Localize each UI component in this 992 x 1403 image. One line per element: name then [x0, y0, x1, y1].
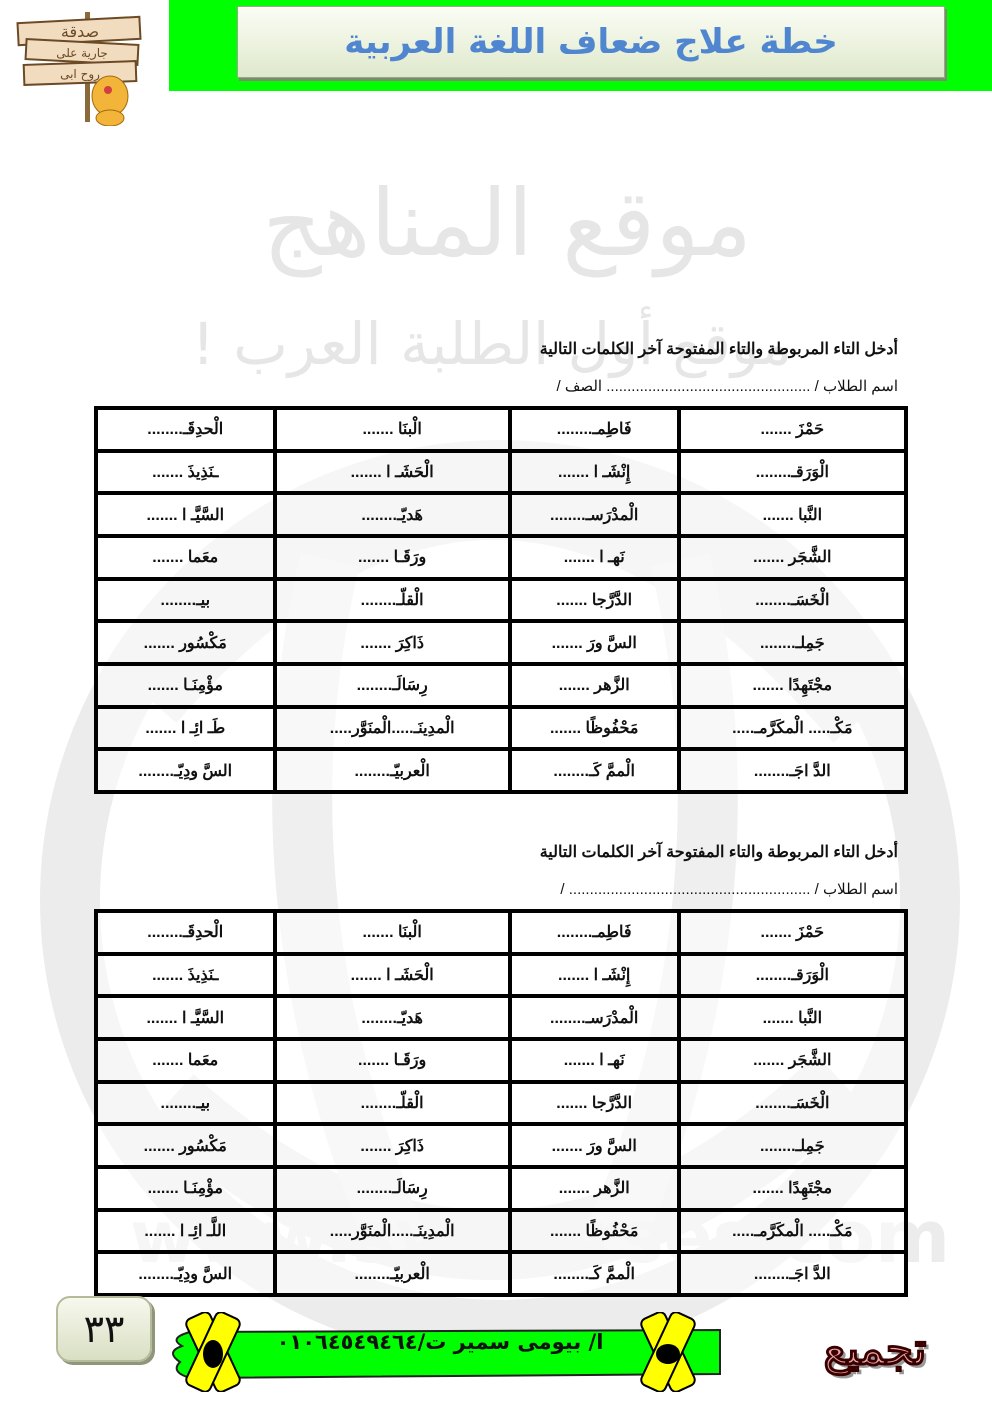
table-row: النَّبا ....... الْمدْرَسـ........ هَديّ…: [96, 996, 906, 1039]
compiled-by-signature: تجميع وتنسيق: [765, 1305, 985, 1395]
table-row: الْخَسَـ........ الدَّرَّجا ....... الْق…: [96, 1082, 906, 1125]
page-title: خطة علاج ضعاف اللغة العربية: [344, 22, 838, 62]
table-row: مجْتَهِدًا ....... الزَّهر ....... رِسَا…: [96, 1167, 906, 1210]
page-number-box: ٣٣: [56, 1296, 152, 1362]
word-cell[interactable]: الْممَّ كَـ........: [510, 1252, 679, 1295]
table-row: الْوَرَقـ........ إِنْشَـ ا ....... الْح…: [96, 954, 906, 997]
word-cell[interactable]: الْقلّـ........: [275, 579, 510, 622]
word-cell[interactable]: مجْتَهِدًا .......: [679, 664, 906, 707]
word-cell[interactable]: حَمْزَ .......: [679, 911, 906, 954]
word-cell[interactable]: السَّيَّـ ا .......: [96, 493, 275, 536]
word-cell[interactable]: حَمْزَ .......: [679, 408, 906, 451]
page-number: ٣٣: [84, 1307, 125, 1351]
word-cell[interactable]: الْمدْرَسـ........: [510, 493, 679, 536]
word-cell[interactable]: مَحْفُوظًا .......: [510, 707, 679, 750]
word-cell[interactable]: الْمدِينَـ.....الْمنَوَّر.....: [275, 707, 510, 750]
word-cell[interactable]: مؤْمِنَـا .......: [96, 664, 275, 707]
word-cell[interactable]: النَّبا .......: [679, 996, 906, 1039]
word-cell[interactable]: رِسَالَـ........: [275, 664, 510, 707]
word-cell[interactable]: السَّ ودِيّـ........: [96, 749, 275, 792]
table-row: النَّبا ....... الْمدْرَسـ........ هَديّ…: [96, 493, 906, 536]
student-name-label: اسم الطلاب /: [815, 881, 898, 898]
word-cell[interactable]: الْبنَا .......: [275, 911, 510, 954]
table-row: الشَّجَر ....... نَهـ ا ....... ورَقَـا …: [96, 536, 906, 579]
word-cell[interactable]: مجْتَهِدًا .......: [679, 1167, 906, 1210]
word-cell[interactable]: السَّ ورَ .......: [510, 1124, 679, 1167]
word-cell[interactable]: مؤْمِنَـا .......: [96, 1167, 275, 1210]
word-cell[interactable]: فَاطِمـ........: [510, 911, 679, 954]
student-name-label: اسم الطلاب /: [815, 378, 898, 395]
word-cell[interactable]: ذَاكِرَ .......: [275, 1124, 510, 1167]
word-cell[interactable]: ذَاكِرَ .......: [275, 621, 510, 664]
word-cell[interactable]: رِسَالَـ........: [275, 1167, 510, 1210]
word-cell[interactable]: طَـ ائِـ ا .......: [96, 707, 275, 750]
svg-text:جارية على: جارية على: [56, 46, 108, 61]
word-cell[interactable]: الْحَشَـ ا .......: [275, 954, 510, 997]
table-row: الدَّ اجَـ........ الْممَّ كَـ........ ا…: [96, 1252, 906, 1295]
section2-name-line: اسم الطلاب / ...........................…: [560, 880, 898, 898]
table-row: الدَّ اجَـ........ الْممَّ كَـ........ ا…: [96, 749, 906, 792]
table-row: جَمِلـ........ السَّ ورَ ....... ذَاكِرَ…: [96, 1124, 906, 1167]
word-cell[interactable]: نَهـ ا .......: [510, 536, 679, 579]
word-cell[interactable]: الدَّ اجَـ........: [679, 749, 906, 792]
mascot-sign-image: صدقة جارية على روح ابى: [10, 8, 145, 126]
table-row: الشَّجَر ....... نَهـ ا ....... ورَقَـا …: [96, 1039, 906, 1082]
section2-instruction: أدخل التاء المربوطة والتاء المفتوحة آخر …: [540, 842, 898, 862]
word-cell[interactable]: بيـ........: [96, 1082, 275, 1125]
word-cell[interactable]: ـنَذِيذَ .......: [96, 954, 275, 997]
student-name-field[interactable]: ........................................…: [569, 881, 811, 898]
word-cell[interactable]: النَّبا .......: [679, 493, 906, 536]
table-row: الْخَسَـ........ الدَّرَّجا ....... الْق…: [96, 579, 906, 622]
word-cell[interactable]: الْحَشَـ ا .......: [275, 451, 510, 494]
word-cell[interactable]: إِنْشَـ ا .......: [510, 451, 679, 494]
word-cell[interactable]: الْمدِينَـ.....الْمنَوَّر.....: [275, 1210, 510, 1253]
table-row: مَكْـ..... الْمكَرَّمـ..... مَحْفُوظًا .…: [96, 1210, 906, 1253]
table-row: الْوَرَقـ........ إِنْشَـ ا ....... الْح…: [96, 451, 906, 494]
word-cell[interactable]: مَحْفُوظًا .......: [510, 1210, 679, 1253]
word-cell[interactable]: الْبنَا .......: [275, 408, 510, 451]
section1-table: حَمْزَ ....... فَاطِمـ........ الْبنَا .…: [94, 406, 908, 794]
word-cell[interactable]: جَمِلـ........: [679, 1124, 906, 1167]
word-cell[interactable]: الْوَرَقـ........: [679, 954, 906, 997]
word-cell[interactable]: ورَقَـا .......: [275, 1039, 510, 1082]
word-cell[interactable]: فَاطِمـ........: [510, 408, 679, 451]
word-cell[interactable]: الْوَرَقـ........: [679, 451, 906, 494]
word-cell[interactable]: هَديّـ........: [275, 493, 510, 536]
word-cell[interactable]: الزَّهر .......: [510, 664, 679, 707]
word-cell[interactable]: السَّ ورَ .......: [510, 621, 679, 664]
word-cell[interactable]: الْحدِقَـ........: [96, 408, 275, 451]
section1-name-line: اسم الطلاب / ...........................…: [556, 377, 898, 395]
word-cell[interactable]: معَما .......: [96, 536, 275, 579]
student-name-field[interactable]: ........................................…: [606, 378, 810, 395]
section2-table: حَمْزَ ....... فَاطِمـ........ الْبنَا .…: [94, 909, 908, 1297]
word-cell[interactable]: معَما .......: [96, 1039, 275, 1082]
word-cell[interactable]: الْخَسَـ........: [679, 579, 906, 622]
watermark-title: موقع المناهج: [263, 170, 752, 277]
word-cell[interactable]: مَكْـ..... الْمكَرَّمـ.....: [679, 1210, 906, 1253]
word-cell[interactable]: اللَّـ ائِـ ا .......: [96, 1210, 275, 1253]
author-contact: ا/ بيومى سمير ت/٠١٠٦٤٥٤٩٤٦٤: [265, 1330, 615, 1354]
word-cell[interactable]: الدَّرَّجا .......: [510, 1082, 679, 1125]
svg-text:روح ابى: روح ابى: [60, 67, 100, 82]
word-cell[interactable]: نَهـ ا .......: [510, 1039, 679, 1082]
title-box: خطة علاج ضعاف اللغة العربية: [237, 6, 945, 78]
table-row: حَمْزَ ....... فَاطِمـ........ الْبنَا .…: [96, 408, 906, 451]
word-cell[interactable]: جَمِلـ........: [679, 621, 906, 664]
word-cell[interactable]: ورَقَـا .......: [275, 536, 510, 579]
svg-text:صدقة: صدقة: [61, 22, 99, 41]
table-row: جَمِلـ........ السَّ ورَ ....... ذَاكِرَ…: [96, 621, 906, 664]
word-cell[interactable]: الْعربيّـ........: [275, 749, 510, 792]
word-cell[interactable]: السَّيَّـ ا .......: [96, 996, 275, 1039]
word-cell[interactable]: السَّ ودِيّـ........: [96, 1252, 275, 1295]
word-cell[interactable]: الْقلّـ........: [275, 1082, 510, 1125]
section1-instruction: أدخل التاء المربوطة والتاء المفتوحة آخر …: [540, 339, 898, 359]
word-cell[interactable]: الْمدْرَسـ........: [510, 996, 679, 1039]
word-cell[interactable]: إِنْشَـ ا .......: [510, 954, 679, 997]
word-cell[interactable]: الشَّجَر .......: [679, 536, 906, 579]
word-cell[interactable]: هَديّـ........: [275, 996, 510, 1039]
word-cell[interactable]: الْخَسَـ........: [679, 1082, 906, 1125]
word-cell[interactable]: مَكْسُور .......: [96, 1124, 275, 1167]
table-row: مَكْـ..... الْمكَرَّمـ..... مَحْفُوظًا .…: [96, 707, 906, 750]
word-cell[interactable]: الْممَّ كَـ........: [510, 749, 679, 792]
word-cell[interactable]: الْعربيّـ........: [275, 1252, 510, 1295]
word-cell[interactable]: الْحدِقَـ........: [96, 911, 275, 954]
word-cell[interactable]: الشَّجَر .......: [679, 1039, 906, 1082]
word-cell[interactable]: مَكْـ..... الْمكَرَّمـ.....: [679, 707, 906, 750]
word-cell[interactable]: بيـ........: [96, 579, 275, 622]
word-cell[interactable]: الزَّهر .......: [510, 1167, 679, 1210]
table-row: حَمْزَ ....... فَاطِمـ........ الْبنَا .…: [96, 911, 906, 954]
table-row: مجْتَهِدًا ....... الزَّهر ....... رِسَا…: [96, 664, 906, 707]
word-cell[interactable]: مَكْسُور .......: [96, 621, 275, 664]
trailing-slash: /: [560, 881, 564, 898]
class-label: الصف /: [556, 378, 602, 395]
word-cell[interactable]: ـنَذِيذَ .......: [96, 451, 275, 494]
word-cell[interactable]: الدَّرَّجا .......: [510, 579, 679, 622]
word-cell[interactable]: الدَّ اجَـ........: [679, 1252, 906, 1295]
